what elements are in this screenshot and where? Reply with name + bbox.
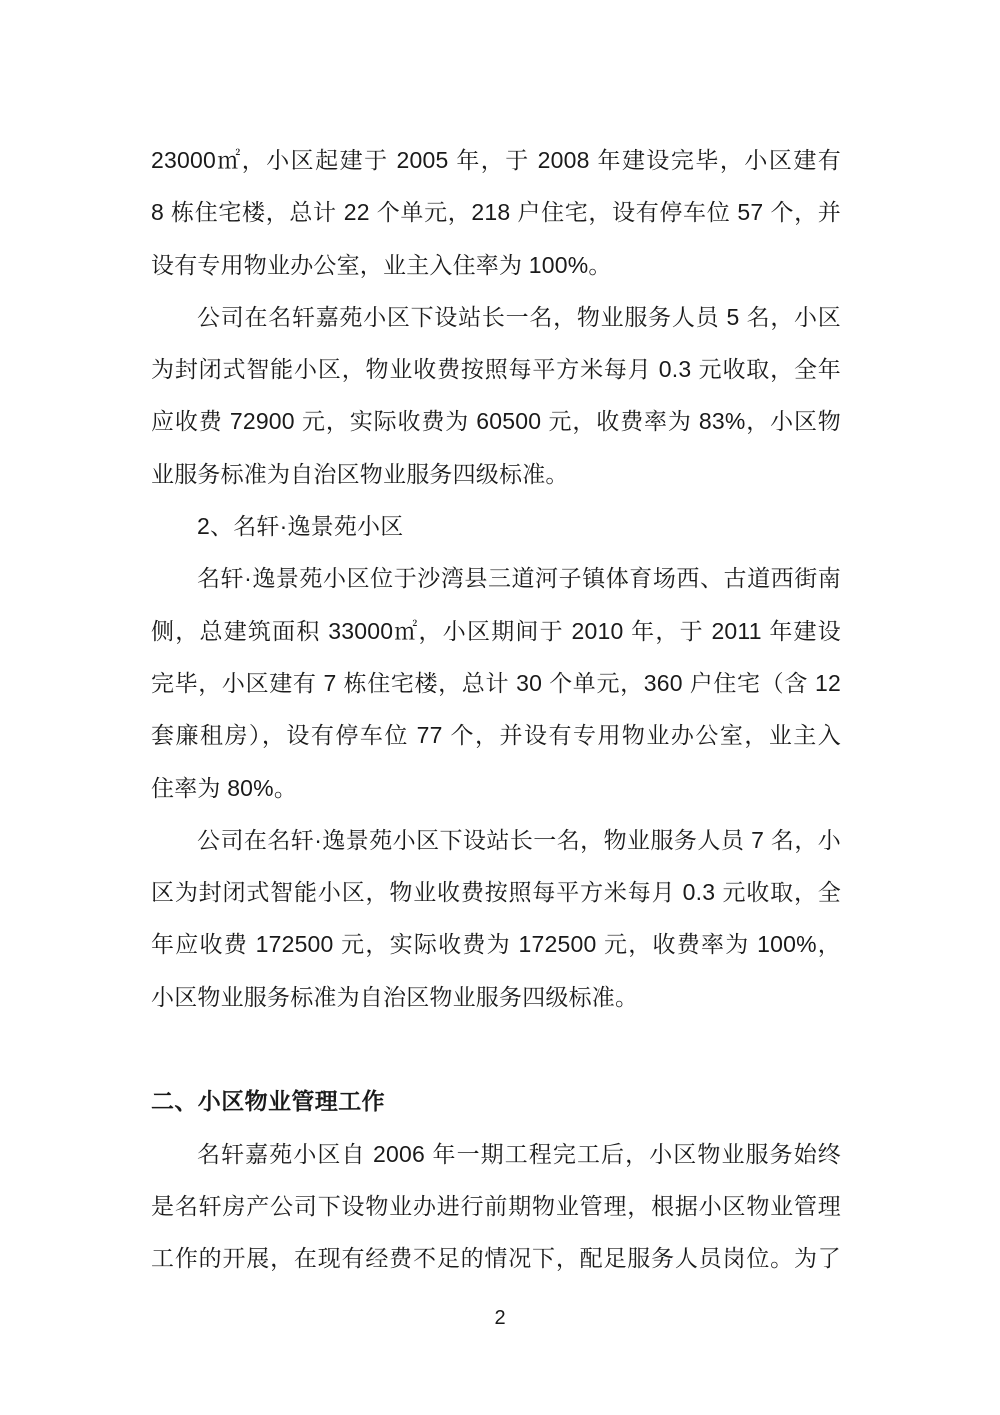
text-line: 名轩·逸景苑小区位于沙湾县三道河子镇体育场西、古道西街南: [151, 552, 841, 604]
text-line: 为封闭式智能小区，物业收费按照每平方米每月 0.3 元收取，全年: [151, 343, 841, 395]
text-line: 公司在名轩嘉苑小区下设站长一名，物业服务人员 5 名，小区: [151, 291, 841, 343]
text-line: 业服务标准为自治区物业服务四级标准。: [151, 448, 841, 500]
subsection-title: 2、名轩·逸景苑小区: [151, 500, 841, 552]
text-line: 套廉租房），设有停车位 77 个，并设有专用物业办公室，业主入: [151, 709, 841, 761]
section-heading: 二、小区物业管理工作: [151, 1075, 841, 1127]
document-page: 23000㎡，小区起建于 2005 年，于 2008 年建设完毕，小区建有 8 …: [0, 0, 1000, 1415]
blank-line: [151, 1023, 841, 1075]
text-line: 小区物业服务标准为自治区物业服务四级标准。: [151, 971, 841, 1023]
text-line: 工作的开展，在现有经费不足的情况下，配足服务人员岗位。为了: [151, 1232, 841, 1284]
text-line: 完毕，小区建有 7 栋住宅楼，总计 30 个单元，360 户住宅（含 12: [151, 657, 841, 709]
document-body: 23000㎡，小区起建于 2005 年，于 2008 年建设完毕，小区建有 8 …: [151, 134, 841, 1285]
page-number: 2: [0, 1305, 1000, 1331]
text-line: 区为封闭式智能小区，物业收费按照每平方米每月 0.3 元收取，全: [151, 866, 841, 918]
text-line: 公司在名轩·逸景苑小区下设站长一名，物业服务人员 7 名，小: [151, 814, 841, 866]
text-line: 应收费 72900 元，实际收费为 60500 元，收费率为 83%，小区物: [151, 395, 841, 447]
text-line: 是名轩房产公司下设物业办进行前期物业管理，根据小区物业管理: [151, 1180, 841, 1232]
text-line: 年应收费 172500 元，实际收费为 172500 元，收费率为 100%，: [151, 918, 841, 970]
text-line: 住率为 80%。: [151, 762, 841, 814]
text-line: 侧，总建筑面积 33000㎡，小区期间于 2010 年，于 2011 年建设: [151, 605, 841, 657]
text-line: 设有专用物业办公室，业主入住率为 100%。: [151, 239, 841, 291]
text-line: 23000㎡，小区起建于 2005 年，于 2008 年建设完毕，小区建有: [151, 134, 841, 186]
text-line: 名轩嘉苑小区自 2006 年一期工程完工后，小区物业服务始终: [151, 1128, 841, 1180]
text-line: 8 栋住宅楼，总计 22 个单元，218 户住宅，设有停车位 57 个，并: [151, 186, 841, 238]
